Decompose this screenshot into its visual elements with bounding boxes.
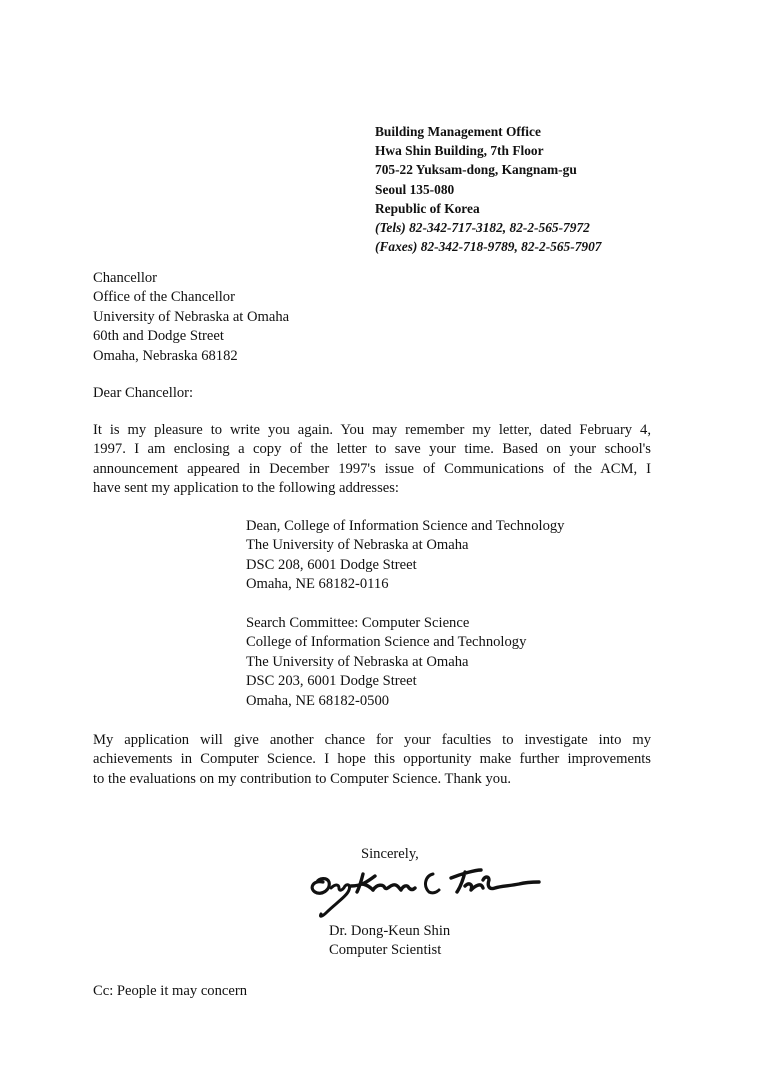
paragraph-line: 1997. I am enclosing a copy of the lette…	[93, 440, 651, 459]
paragraph-line: have sent my application to the followin…	[93, 479, 651, 498]
sender-line: Hwa Shin Building, 7th Floor	[375, 141, 602, 160]
address-line: DSC 208, 6001 Dodge Street	[246, 556, 564, 575]
paragraph-line: It is my pleasure to write you again. Yo…	[93, 421, 651, 440]
paragraph-line: to the evaluations on my contribution to…	[93, 770, 651, 789]
recipient-line: Omaha, Nebraska 68182	[93, 347, 289, 366]
address-line: Omaha, NE 68182-0500	[246, 692, 526, 711]
sender-faxes: (Faxes) 82-342-718-9789, 82-2-565-7907	[375, 237, 602, 256]
recipient-line: 60th and Dodge Street	[93, 327, 289, 346]
carbon-copy-line: Cc: People it may concern	[93, 982, 247, 1001]
sender-telephones: (Tels) 82-342-717-3182, 82-2-565-7972	[375, 218, 602, 237]
body-paragraph-1: It is my pleasure to write you again. Yo…	[93, 421, 651, 499]
sender-line: Building Management Office	[375, 122, 602, 141]
sender-letterhead: Building Management Office Hwa Shin Buil…	[375, 122, 602, 256]
sender-line: Republic of Korea	[375, 199, 602, 218]
signer-name: Dr. Dong-Keun Shin	[329, 922, 450, 941]
signer-block: Dr. Dong-Keun Shin Computer Scientist	[329, 922, 450, 961]
address-line: Omaha, NE 68182-0116	[246, 575, 564, 594]
letter-page: Building Management Office Hwa Shin Buil…	[0, 0, 760, 1089]
address-line: Dean, College of Information Science and…	[246, 517, 564, 536]
paragraph-line: announcement appeared in December 1997's…	[93, 460, 651, 479]
sender-line: 705-22 Yuksam-dong, Kangnam-gu	[375, 160, 602, 179]
recipient-line: University of Nebraska at Omaha	[93, 308, 289, 327]
salutation: Dear Chancellor:	[93, 384, 193, 403]
address-line: The University of Nebraska at Omaha	[246, 536, 564, 555]
paragraph-line: My application will give another chance …	[93, 731, 651, 750]
address-line: DSC 203, 6001 Dodge Street	[246, 672, 526, 691]
address-line: The University of Nebraska at Omaha	[246, 653, 526, 672]
recipient-line: Chancellor	[93, 269, 289, 288]
sender-line: Seoul 135-080	[375, 180, 602, 199]
handwritten-signature-icon	[305, 860, 545, 922]
application-address-dean: Dean, College of Information Science and…	[246, 517, 564, 595]
application-address-search-committee: Search Committee: Computer Science Colle…	[246, 614, 526, 711]
body-paragraph-2: My application will give another chance …	[93, 731, 651, 789]
address-line: Search Committee: Computer Science	[246, 614, 526, 633]
recipient-address: Chancellor Office of the Chancellor Univ…	[93, 269, 289, 366]
paragraph-line: achievements in Computer Science. I hope…	[93, 750, 651, 769]
address-line: College of Information Science and Techn…	[246, 633, 526, 652]
recipient-line: Office of the Chancellor	[93, 288, 289, 307]
signer-title: Computer Scientist	[329, 941, 450, 960]
